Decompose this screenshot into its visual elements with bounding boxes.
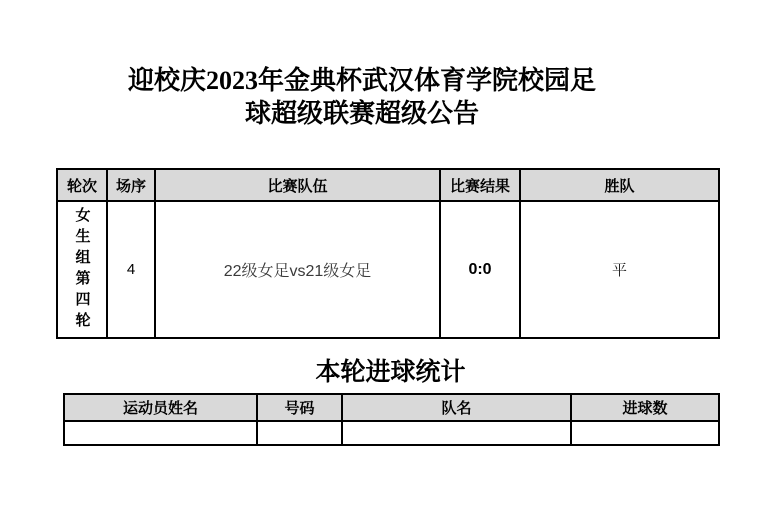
cell-goals — [571, 421, 719, 445]
cell-match-no: 4 — [107, 201, 155, 338]
title-line-2: 球超级联赛超级公告 — [245, 99, 479, 128]
goals-section-heading: 本轮进球统计 — [63, 352, 718, 388]
cell-winner: 平 — [520, 201, 719, 338]
match-table-header-row: 轮次 场序 比赛队伍 比赛结果 胜队 — [57, 169, 719, 201]
document-page: 迎校庆2023年金典杯武汉体育学院校园足 球超级联赛超级公告 轮次 场序 比赛队… — [0, 0, 782, 531]
document-title: 迎校庆2023年金典杯武汉体育学院校园足 球超级联赛超级公告 — [0, 64, 724, 130]
header-winner: 胜队 — [520, 169, 719, 201]
header-match-no: 场序 — [107, 169, 155, 201]
cell-number — [257, 421, 342, 445]
cell-result: 0:0 — [440, 201, 520, 338]
header-goals: 进球数 — [571, 394, 719, 421]
goals-statistics-table: 运动员姓名 号码 队名 进球数 — [63, 393, 720, 446]
round-vertical-text: 女生组第四轮 — [75, 207, 90, 333]
cell-round: 女生组第四轮 — [57, 201, 107, 338]
cell-team-name — [342, 421, 571, 445]
cell-teams: 22级女足vs21级女足 — [155, 201, 440, 338]
header-teams: 比赛队伍 — [155, 169, 440, 201]
header-team-name: 队名 — [342, 394, 571, 421]
header-round: 轮次 — [57, 169, 107, 201]
header-number: 号码 — [257, 394, 342, 421]
cell-player-name — [64, 421, 257, 445]
match-results-table: 轮次 场序 比赛队伍 比赛结果 胜队 女生组第四轮 4 22级女足vs21级女足… — [56, 168, 720, 339]
match-table-row: 女生组第四轮 4 22级女足vs21级女足 0:0 平 — [57, 201, 719, 338]
header-result: 比赛结果 — [440, 169, 520, 201]
goals-table-header-row: 运动员姓名 号码 队名 进球数 — [64, 394, 719, 421]
goals-table-empty-row — [64, 421, 719, 445]
header-player-name: 运动员姓名 — [64, 394, 257, 421]
title-line-1: 迎校庆2023年金典杯武汉体育学院校园足 — [128, 66, 596, 95]
